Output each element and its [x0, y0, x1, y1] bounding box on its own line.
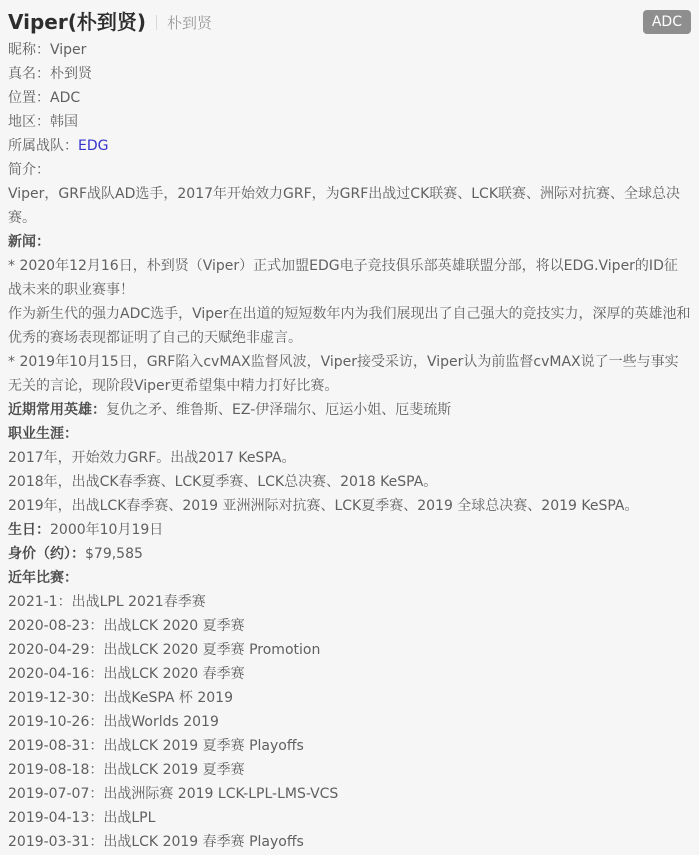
birthday-label: 生日： [8, 522, 50, 538]
match-item: 2020-08-23：出战LCK 2020 夏季赛 [8, 614, 691, 638]
player-profile-page: Viper(朴到贤) 朴到贤 ADC 昵称：Viper 真名：朴到贤 位置：AD… [0, 0, 699, 855]
field-nickname: 昵称：Viper [8, 38, 691, 62]
worth-value: $79,585 [85, 546, 143, 562]
news-item: * 2019年10月15日，GRF陷入cvMAX监督风波，Viper接受采访，V… [8, 350, 691, 398]
match-item: 2019-03-31：出战LCK 2019 春季赛 Playoffs [8, 830, 691, 854]
match-item: 2019-10-26：出战Worlds 2019 [8, 710, 691, 734]
match-item: 2020-04-29：出战LCK 2020 夏季赛 Promotion [8, 638, 691, 662]
match-item: 2020-04-16：出战LCK 2020 春季赛 [8, 662, 691, 686]
news-item: 作为新生代的强力ADC选手，Viper在出道的短短数年内为我们展现出了自己强大的… [8, 302, 691, 350]
field-realname: 真名：朴到贤 [8, 62, 691, 86]
page-title: Viper(朴到贤) [8, 6, 146, 38]
field-region-label: 地区： [8, 114, 50, 130]
field-region: 地区：韩国 [8, 110, 691, 134]
matches-heading: 近年比赛： [8, 566, 691, 590]
field-position-value: ADC [50, 90, 80, 106]
field-realname-label: 真名： [8, 66, 50, 82]
intro-heading: 简介： [8, 158, 691, 182]
match-item: 2021-1：出战LPL 2021春季赛 [8, 590, 691, 614]
birthday-value: 2000年10月19日 [50, 522, 163, 538]
field-team: 所属战队：EDG [8, 134, 691, 158]
recent-heroes-value: 复仇之矛、维鲁斯、EZ-伊泽瑞尔、厄运小姐、厄斐琉斯 [106, 402, 451, 418]
position-badge: ADC [643, 10, 691, 34]
field-team-label: 所属战队： [8, 138, 78, 154]
worth-label: 身价（约）： [8, 546, 85, 562]
match-item: 2019-12-30：出战KeSPA 杯 2019 [8, 686, 691, 710]
worth-line: 身价（约）：$79,585 [8, 542, 691, 566]
match-item: 2019-04-13：出战LPL [8, 806, 691, 830]
field-position: 位置：ADC [8, 86, 691, 110]
page-header: Viper(朴到贤) 朴到贤 ADC [8, 6, 691, 38]
field-position-label: 位置： [8, 90, 50, 106]
field-realname-value: 朴到贤 [50, 66, 92, 82]
title-divider [156, 15, 157, 30]
recent-heroes-line: 近期常用英雄：复仇之矛、维鲁斯、EZ-伊泽瑞尔、厄运小姐、厄斐琉斯 [8, 398, 691, 422]
intro-text: Viper，GRF战队AD选手，2017年开始效力GRF，为GRF出战过CK联赛… [8, 182, 691, 230]
field-nickname-value: Viper [50, 42, 86, 58]
career-item: 2019年，出战LCK春季赛、2019 亚洲洲际对抗赛、LCK夏季赛、2019 … [8, 494, 691, 518]
news-item: * 2020年12月16日，朴到贤（Viper）正式加盟EDG电子竞技俱乐部英雄… [8, 254, 691, 302]
player-alias: 朴到贤 [167, 12, 643, 33]
career-item: 2018年，出战CK春季赛、LCK夏季赛、LCK总决赛、2018 KeSPA。 [8, 470, 691, 494]
career-item: 2017年，开始效力GRF。出战2017 KeSPA。 [8, 446, 691, 470]
match-item: 2019-08-18：出战LCK 2019 夏季赛 [8, 758, 691, 782]
match-item: 2019-07-07：出战洲际赛 2019 LCK-LPL-LMS-VCS [8, 782, 691, 806]
recent-heroes-label: 近期常用英雄： [8, 402, 106, 418]
field-nickname-label: 昵称： [8, 42, 50, 58]
match-item: 2019-08-31：出战LCK 2019 夏季赛 Playoffs [8, 734, 691, 758]
birthday-line: 生日：2000年10月19日 [8, 518, 691, 542]
career-heading: 职业生涯： [8, 422, 691, 446]
team-link[interactable]: EDG [78, 138, 108, 154]
field-region-value: 韩国 [50, 114, 78, 130]
news-heading: 新闻： [8, 230, 691, 254]
